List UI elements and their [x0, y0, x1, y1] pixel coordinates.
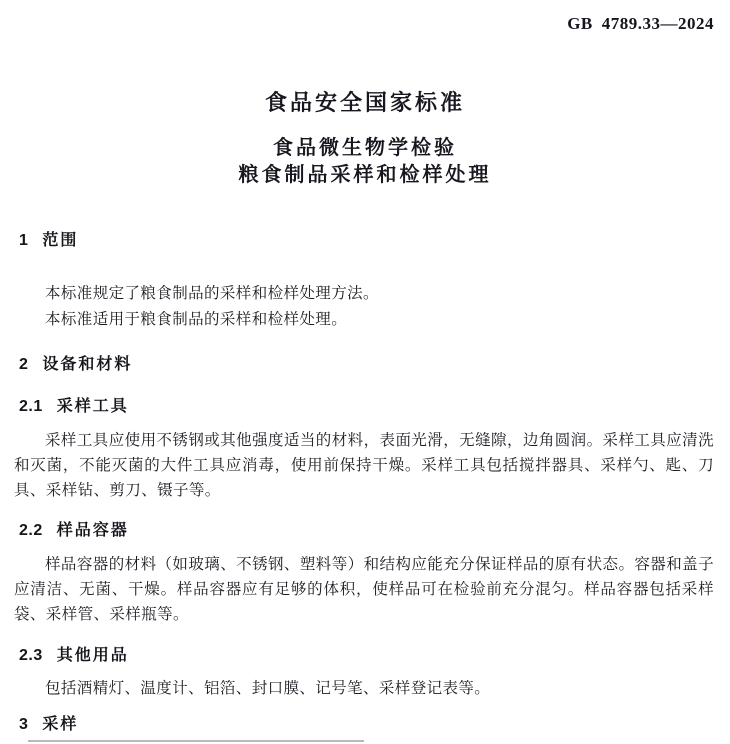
sample-containers-paragraph: 样品容器的材料（如玻璃、不锈钢、塑料等）和结构应能充分保证样品的原有状态。容器和…	[14, 552, 714, 627]
standard-code-prefix: GB	[567, 14, 593, 33]
subtitle-line-2: 粮食制品采样和检样处理	[0, 162, 730, 189]
heading-sampling-tools: 2.1采样工具	[19, 393, 129, 416]
heading-number: 2	[19, 356, 28, 373]
paragraph: 样品容器的材料（如玻璃、不锈钢、塑料等）和结构应能充分保证样品的原有状态。容器和…	[14, 552, 714, 627]
standard-code-number: 4789.33—2024	[602, 14, 714, 33]
paragraph: 采样工具应使用不锈钢或其他强度适当的材料，表面光滑，无缝隙，边角圆润。采样工具应…	[14, 428, 714, 503]
document-subtitle: 食品微生物学检验 粮食制品采样和检样处理	[0, 135, 730, 189]
sampling-tools-paragraph: 采样工具应使用不锈钢或其他强度适当的材料，表面光滑，无缝隙，边角圆润。采样工具应…	[14, 428, 714, 503]
heading-other-supplies: 2.3其他用品	[19, 642, 129, 665]
heading-title: 设备和材料	[42, 356, 132, 373]
heading-number: 2.1	[19, 398, 43, 415]
heading-equipment-materials: 2设备和材料	[19, 351, 132, 374]
other-supplies-paragraph: 包括酒精灯、温度计、铝箔、封口膜、记号笔、采样登记表等。	[14, 676, 714, 701]
heading-number: 2.2	[19, 522, 43, 539]
heading-title: 采样工具	[57, 398, 129, 415]
paragraph: 包括酒精灯、温度计、铝箔、封口膜、记号笔、采样登记表等。	[14, 676, 714, 701]
heading-title: 采样	[42, 716, 78, 733]
document-page: GB4789.33—2024 食品安全国家标准 食品微生物学检验 粮食制品采样和…	[0, 0, 730, 744]
heading-title: 样品容器	[57, 522, 129, 539]
heading-number: 1	[19, 232, 28, 249]
paragraph: 本标准适用于粮食制品的采样和检样处理。	[14, 307, 714, 333]
heading-scope: 1范围	[19, 227, 78, 250]
heading-number: 2.3	[19, 647, 43, 664]
paragraph: 本标准规定了粮食制品的采样和检样处理方法。	[14, 281, 714, 307]
heading-title: 其他用品	[57, 647, 129, 664]
document-title: 食品安全国家标准	[0, 86, 730, 117]
heading-number: 3	[19, 716, 28, 733]
standard-code: GB4789.33—2024	[567, 14, 714, 34]
table-top-border-partial	[28, 740, 364, 742]
heading-sampling: 3采样	[19, 711, 78, 734]
heading-sample-containers: 2.2样品容器	[19, 517, 129, 540]
scope-paragraphs: 本标准规定了粮食制品的采样和检样处理方法。 本标准适用于粮食制品的采样和检样处理…	[14, 281, 714, 333]
heading-title: 范围	[42, 232, 78, 249]
subtitle-line-1: 食品微生物学检验	[0, 135, 730, 162]
